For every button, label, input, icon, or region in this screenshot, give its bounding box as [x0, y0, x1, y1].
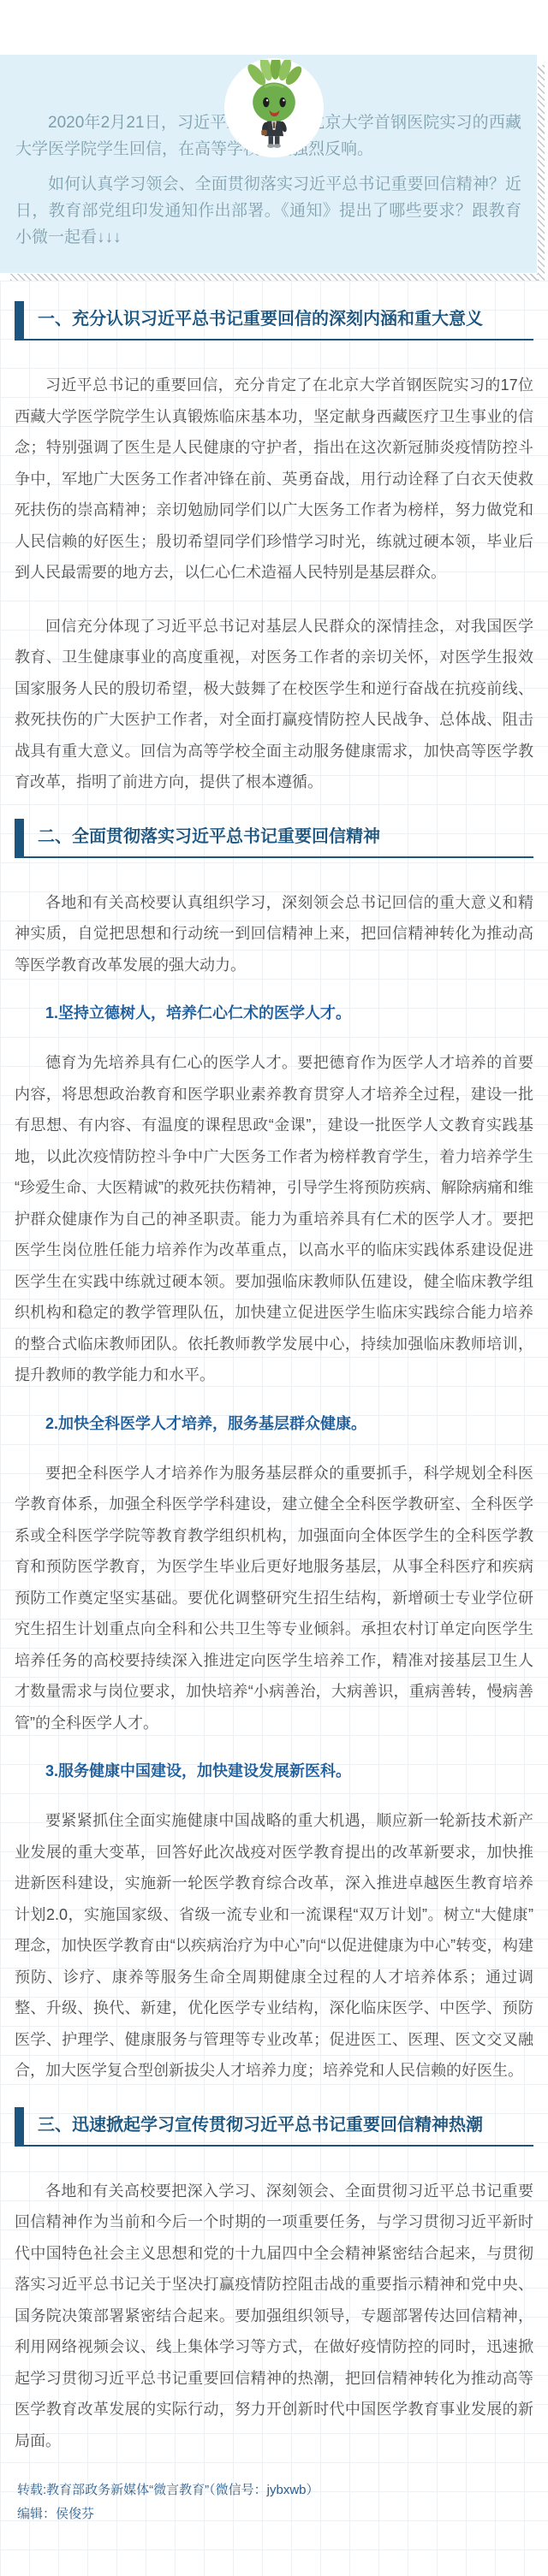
article-footer: 转载:教育部政务新媒体“微言教育”（微信号：jybxwb） 编辑：侯俊芬 [15, 2478, 533, 2552]
section-header-bar [15, 819, 24, 858]
section-header-bar [15, 301, 24, 341]
paragraph: 要把全科医学人才培养作为服务基层群众的重要抓手，科学规划全科医学教育体系，加强全… [15, 1458, 533, 1739]
section-header-bar [15, 2107, 24, 2147]
section-3-title: 三、迅速掀起学习宣传贯彻习近平总书记重要回信精神热潮 [38, 2114, 533, 2136]
subsection-3-title: 3.服务健康中国建设，加快建设发展新医科。 [15, 1761, 533, 1781]
subsection-2-title: 2.加快全科医学人才培养，服务基层群众健康。 [15, 1413, 533, 1434]
footer-editor-line: 编辑：侯俊芬 [17, 2502, 525, 2526]
footer-source-line: 转载:教育部政务新媒体“微言教育”（微信号：jybxwb） [17, 2478, 525, 2502]
section-1-header: 一、充分认识习近平总书记重要回信的深刻内涵和重大意义 [15, 303, 533, 341]
intro-paragraph: 如何认真学习领会、全面贯彻落实习近平总书记重要回信精神？近日，教育部党组印发通知… [15, 171, 521, 251]
article-body: 一、充分认识习近平总书记重要回信的深刻内涵和重大意义 习近平总书记的重要回信，充… [0, 281, 548, 2576]
subsection-1-title: 1.坚持立德树人，培养仁心仁术的医学人才。 [15, 1003, 533, 1023]
paragraph: 各地和有关高校要把深入学习、深刻领会、全面贯彻习近平总书记重要回信精神作为当前和… [15, 2176, 533, 2457]
paragraph: 回信充分体现了习近平总书记对基层人民群众的深情挂念，对我国医学教育、卫生健康事业… [15, 611, 533, 798]
section-3-header: 三、迅速掀起学习宣传贯彻习近平总书记重要回信精神热潮 [15, 2109, 533, 2147]
section-1-title: 一、充分认识习近平总书记重要回信的深刻内涵和重大意义 [38, 308, 533, 330]
section-2-title: 二、全面贯彻落实习近平总书记重要回信精神 [38, 826, 533, 848]
paragraph: 习近平总书记的重要回信，充分肯定了在北京大学首钢医院实习的17位西藏大学医学院学… [15, 370, 533, 589]
article-page: 2020年2月21日，习近平总书记给在北京大学首钢医院实习的西藏大学医学院学生回… [0, 55, 548, 2576]
section-2-header: 二、全面贯彻落实习近平总书记重要回信精神 [15, 820, 533, 858]
mascot-circle [224, 58, 324, 157]
paragraph: 各地和有关高校要认真组织学习，深刻领会总书记回信的重大意义和精神实质，自觉把思想… [15, 887, 533, 981]
paragraph: 德育为先培养具有仁心的医学人才。要把德育作为医学人才培养的首要内容，将思想政治教… [15, 1047, 533, 1391]
sprout-mascot-icon [235, 60, 313, 156]
mascot-body [261, 121, 288, 148]
paragraph: 要紧紧抓住全面实施健康中国战略的重大机遇，顺应新一轮新技术新产业发展的重大变革，… [15, 1805, 533, 2087]
